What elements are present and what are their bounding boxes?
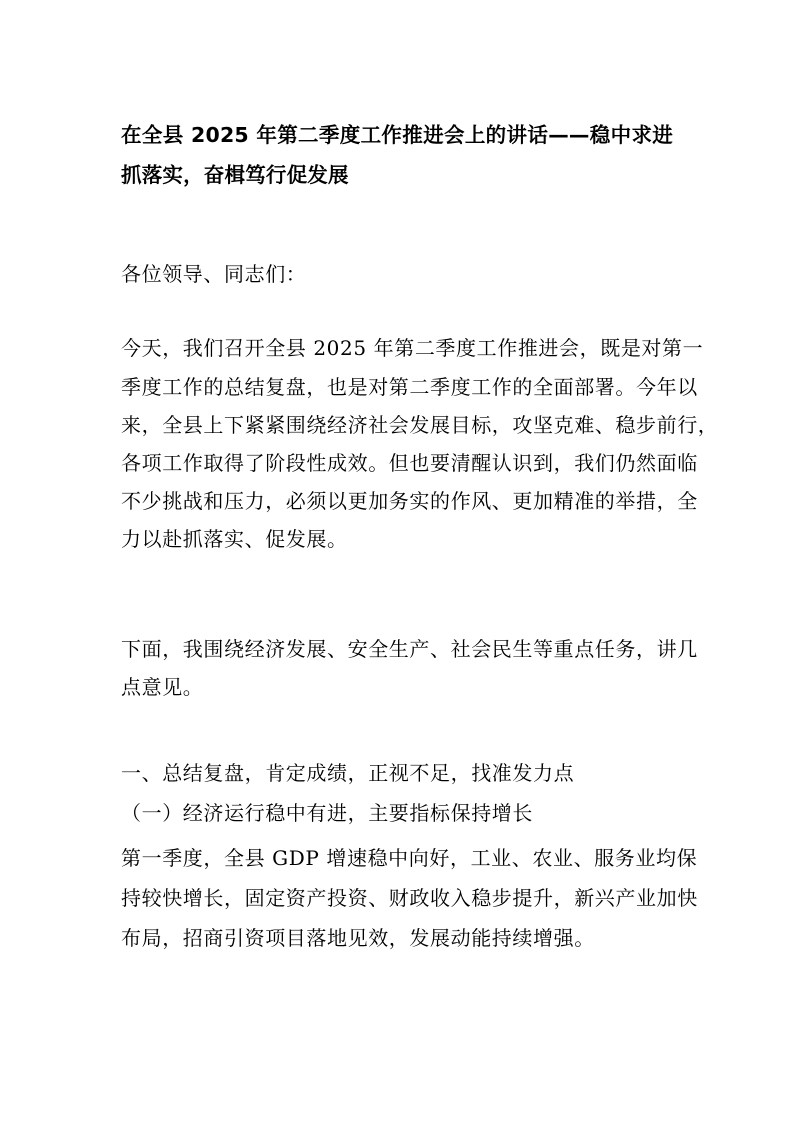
paragraph-2-line-2: 点意见。 [121,675,681,699]
paragraph-1-line-6: 力以赴抓落实、促发展。 [121,527,681,551]
section-body-line-2: 持较快增长，固定资产投资、财政收入稳步提升，新兴产业加快 [121,886,673,910]
paragraph-2-line-1: 下面，我围绕经济发展、安全生产、社会民生等重点任务，讲几 [121,637,673,661]
document-page: 在全县 2025 年第二季度工作推进会上的讲话——稳中求进 抓落实，奋楫笃行促发… [0,0,793,1122]
paragraph-1-line-2: 季度工作的总结复盘，也是对第二季度工作的全面部署。今年以 [121,375,673,399]
paragraph-1-line-1: 今天，我们召开全县 2025 年第二季度工作推进会，既是对第一 [121,336,673,360]
paragraph-1-line-5: 不少挑战和压力，必须以更加务实的作风、更加精准的举措，全 [121,489,673,513]
document-title-line-2: 抓落实，奋楫笃行促发展 [121,163,681,187]
salutation: 各位领导、同志们： [121,262,681,286]
section-body-line-1: 第一季度，全县 GDP 增速稳中向好，工业、农业、服务业均保 [121,846,673,870]
section-subheading: （一）经济运行稳中有进，主要指标保持增长 [121,801,681,825]
section-heading: 一、总结复盘，肯定成绩，正视不足，找准发力点 [121,761,681,785]
document-title-line-1: 在全县 2025 年第二季度工作推进会上的讲话——稳中求进 [121,123,673,147]
paragraph-1-line-3: 来，全县上下紧紧围绕经济社会发展目标，攻坚克难、稳步前行， [121,413,673,437]
section-body-line-3: 布局，招商引资项目落地见效，发展动能持续增强。 [121,926,681,950]
paragraph-1-line-4: 各项工作取得了阶段性成效。但也要清醒认识到，我们仍然面临 [121,451,673,475]
